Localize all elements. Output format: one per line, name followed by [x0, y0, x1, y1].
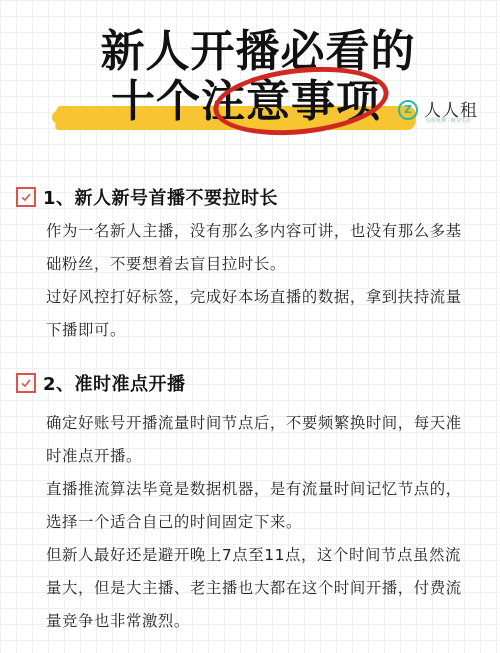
section-1-title: 1、新人新号首播不要拉时长 — [43, 184, 278, 210]
section-1-header: 1、新人新号首播不要拉时长 — [16, 184, 278, 210]
section-1-paragraph-1: 作为一名新人主播，没有那么多内容可讲，也没有那么多基础粉丝，不要想着去盲目拉时长… — [46, 215, 476, 281]
section-2-title: 2、准时准点开播 — [43, 370, 186, 396]
section-1-body: 作为一名新人主播，没有那么多内容可讲，也没有那么多基础粉丝，不要想着去盲目拉时长… — [46, 215, 476, 347]
section-1-paragraph-2: 过好风控打好标签，完成好本场直播的数据，拿到扶持流量下播即可。 — [46, 281, 476, 347]
section-2-header: 2、准时准点开播 — [16, 370, 186, 396]
section-2-paragraph-3: 但新人最好还是避开晚上7点至11点，这个时间节点虽然流量大，但是大主播、老主播也… — [46, 539, 476, 638]
section-2-paragraph-1: 确定好账号开播流量时间节点后，不要频繁换时间，每天准时准点开播。 — [46, 407, 476, 473]
title-line-1: 新人开播必看的 — [8, 28, 500, 76]
checkbox-checked-icon — [16, 373, 36, 393]
brand-logo: Z 人人租 信用免押 · 租享生活 — [398, 96, 498, 128]
section-2-body: 确定好账号开播流量时间节点后，不要频繁换时间，每天准时准点开播。 直播推流算法毕… — [46, 407, 476, 638]
logo-tagline: 信用免押 · 租享生活 — [426, 117, 471, 124]
title-banner: 新人开播必看的 十个注意事项 Z 人人租 信用免押 · 租享生活 — [0, 0, 500, 150]
section-2-paragraph-2: 直播推流算法毕竟是数据机器，是有流量时间记忆节点的，选择一个适合自己的时间固定下… — [46, 473, 476, 539]
logo-mark-icon: Z — [398, 100, 418, 120]
checkbox-checked-icon — [16, 187, 36, 207]
